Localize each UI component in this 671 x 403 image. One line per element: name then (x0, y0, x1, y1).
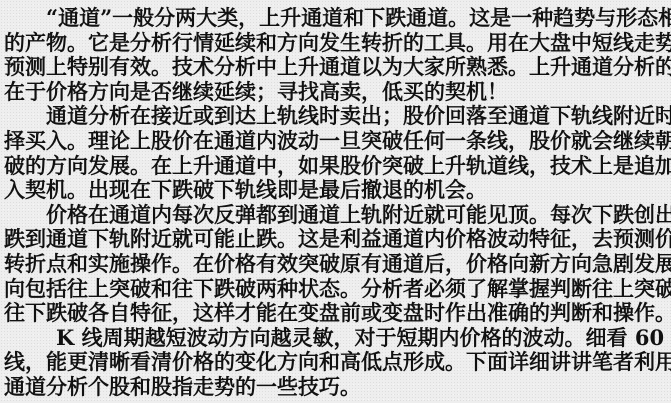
text-line: 跌到通道下轨附近就可能止跌。这是利益通道内价格波动特征，去预测价格的 (4, 227, 668, 252)
text-line: 择买入。理论上股价在通道内波动一旦突破任何一条线，股价就会继续朝突 (4, 129, 668, 154)
text-line: 在于价格方向是否继续延续；寻找高卖，低买的契机！ (4, 80, 668, 105)
text-line: 通道分析个股和股指走势的一些技巧。 (4, 375, 668, 400)
paragraph-channel-types: “通道”一般分两大类，上升通道和下跌通道。这是一种趋势与形态相结合 的产物。它是… (4, 6, 668, 104)
text-line: 往下跌破各自特征，这样才能在变盘前或变盘时作出准确的判断和操作。 (4, 301, 668, 326)
text-line: 价格在通道内每次反弹都到通道上轨附近就可能见顶。每次下跌创出新低 (4, 203, 668, 228)
text-line: 的产物。它是分析行情延续和方向发生转折的工具。用在大盘中短线走势分析 (4, 31, 668, 56)
paragraph-channel-trading: 通道分析在接近或到达上轨线时卖出；股价回落至通道下轨线附近时可选 择买入。理论上… (4, 104, 668, 202)
text-line: 通道分析在接近或到达上轨线时卖出；股价回落至通道下轨线附近时可选 (4, 104, 668, 129)
text-line: 向包括往上突破和往下跌破两种状态。分析者必须了解掌握判断往上突破和 (4, 277, 668, 302)
document-page: “通道”一般分两大类，上升通道和下跌通道。这是一种趋势与形态相结合 的产物。它是… (4, 6, 668, 400)
paragraph-price-behavior: 价格在通道内每次反弹都到通道上轨附近就可能见顶。每次下跌创出新低 跌到通道下轨附… (4, 203, 668, 326)
text-line: 入契机。出现在下跌破下轨线即是最后撤退的机会。 (4, 178, 668, 203)
paragraph-k-line: K 线周期越短波动方向越灵敏，对于短期内价格的波动。细看 60 分钟 K 线，能… (4, 326, 668, 400)
text-line: 线，能更清晰看清价格的变化方向和高低点形成。下面详细讲讲笔者利用上升 (4, 350, 668, 375)
text-line: 预测上特别有效。技术分析中上升通道以为大家所熟悉。上升通道分析的意义 (4, 55, 668, 80)
text-line: “通道”一般分两大类，上升通道和下跌通道。这是一种趋势与形态相结合 (4, 6, 668, 31)
text-line: 转折点和实施操作。在价格有效突破原有通道后，价格向新方向急剧发展。方 (4, 252, 668, 277)
text-line: K 线周期越短波动方向越灵敏，对于短期内价格的波动。细看 60 分钟 K (4, 326, 668, 351)
text-line: 破的方向发展。在上升通道中，如果股价突破上升轨道线，技术上是追加买 (4, 154, 668, 179)
